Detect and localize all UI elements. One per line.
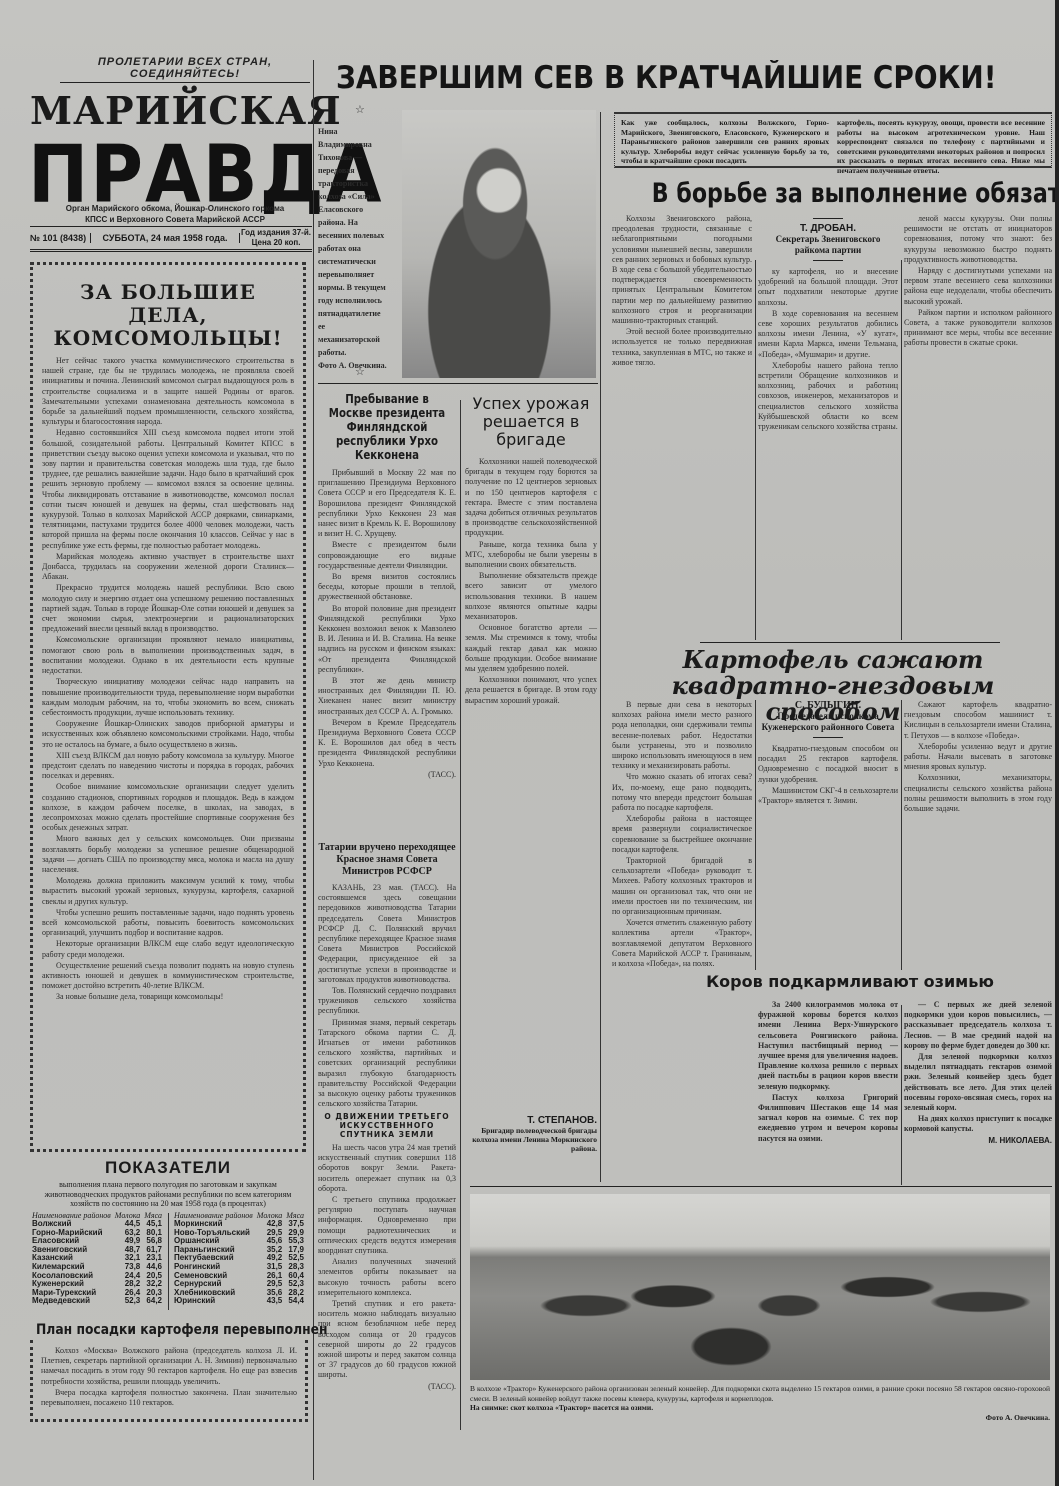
slogan: ПРОЛЕТАРИИ ВСЕХ СТРАН, СОЕДИНЯЙТЕСЬ! — [60, 56, 310, 83]
issue-number: № 101 (8438) — [30, 233, 90, 243]
finland-paragraph: Во время визитов состоялись беседы, кото… — [318, 572, 456, 603]
harvest-article: Успех урожая решается в бригаде Колхозни… — [465, 395, 597, 707]
potato-paragraph: Что можно сказать об итогах сева? Их, по… — [612, 772, 752, 813]
potato-paragraph: Хочется отметить слаженную работу коллек… — [612, 918, 752, 969]
plan-headline: План посадки картофеля перевыполнен — [36, 1322, 274, 1338]
portrait-photo — [402, 110, 596, 378]
finland-paragraph: Прибывший в Москву 22 мая по приглашению… — [318, 468, 456, 539]
obligations-col3: леной массы кукурузы. Они полны решимост… — [904, 214, 1052, 350]
harvest-paragraph: Основное богатство артели — земля. Мы ст… — [465, 623, 597, 674]
milk-percent: 52,3 — [113, 1297, 142, 1306]
issue-date: СУББОТА, 24 мая 1958 года. — [90, 233, 240, 243]
komsomol-paragraph: Сооружение Йошкар-Олинских заводов прибо… — [42, 719, 294, 750]
sputnik-headline: О ДВИЖЕНИИ ТРЕТЬЕГО ИСКУССТВЕННОГО СПУТН… — [318, 1112, 456, 1139]
issue-info-bar: № 101 (8438) СУББОТА, 24 мая 1958 года. … — [30, 226, 312, 252]
cows-headline: Коров подкармливают озимью — [650, 972, 1050, 991]
obligations-paragraph: ку картофеля, но и внесение удобрений на… — [758, 267, 898, 308]
obligations-col2-body: ку картофеля, но и внесение удобрений на… — [758, 267, 898, 432]
komsomol-paragraph: Много важных дел у сельских комсомольцев… — [42, 834, 294, 875]
intro-box: Как уже сообщалось, колхозы Волжского, Г… — [614, 112, 1052, 168]
harvest-headline: Успех урожая решается в бригаде — [465, 395, 597, 449]
komsomol-paragraph: Недавно состоявшийся XIII съезд комсомол… — [42, 428, 294, 550]
obligations-col1: Колхозы Звениговского района, преодолева… — [612, 214, 752, 369]
obligations-paragraph: Наряду с достигнутыми успехами на первом… — [904, 266, 1052, 307]
komsomol-paragraph: Прекрасно трудится молодежь нашей респуб… — [42, 583, 294, 634]
plan-paragraph: Колхоз «Москва» Волжского района (предсе… — [41, 1346, 297, 1387]
cows-col1: За 2400 килограммов молока от фуражной к… — [758, 1000, 898, 1145]
komsomol-paragraph: Марийская молодежь активно участвует в с… — [42, 552, 294, 583]
newspaper-page: ПРОЛЕТАРИИ ВСЕХ СТРАН, СОЕДИНЯЙТЕСЬ! МАР… — [0, 0, 1059, 1486]
potato-col3-body: Сажают картофель квадратно-гнездовым спо… — [904, 700, 1052, 814]
finland-paragraph: Во второй половине дня президент Финлянд… — [318, 604, 456, 675]
cows-photo-credit: Фото А. Овечкина. — [470, 1413, 1050, 1423]
masthead-organ: Орган Марийского обкома, Йошкар-Олинског… — [55, 203, 295, 225]
komsomol-editorial: ЗА БОЛЬШИЕ ДЕЛА, КОМСОМОЛЬЦЫ! Нет сейчас… — [30, 262, 306, 1152]
tatarstan-paragraph: КАЗАНЬ, 23 мая. (ТАСС). На состоявшемся … — [318, 883, 456, 985]
komsomol-paragraph: Особое внимание комсомольские организаци… — [42, 782, 294, 833]
page-edge — [1055, 0, 1059, 1486]
potato-paragraph: В первые дни сева в некоторых колхозах р… — [612, 700, 752, 771]
meat-percent: 54,4 — [284, 1297, 306, 1306]
cows-paragraph: За 2400 килограммов молока от фуражной к… — [758, 1000, 898, 1092]
intro-right: картофель, посеять кукурузу, овощи, пров… — [837, 118, 1045, 162]
harvest-paragraph: Выполнение обязательств прежде всего зав… — [465, 571, 597, 622]
sputnik-source: (ТАСС). — [318, 1382, 456, 1392]
komsomol-paragraph: XIII съезд ВЛКСМ дал новую работу комсом… — [42, 751, 294, 782]
potato-paragraph: Тракторной бригадой в сельхозартели «Поб… — [612, 856, 752, 917]
potato-col3: Сажают картофель квадратно-гнездовым спо… — [904, 700, 1052, 815]
tatarstan-article: Татарии вручено переходящее Красное знам… — [318, 842, 456, 1110]
masthead-title-line1: МАРИЙСКАЯ — [30, 88, 310, 133]
potato-col1: В первые дни сева в некоторых колхозах р… — [612, 700, 752, 970]
tatarstan-headline: Татарии вручено переходящее Красное знам… — [318, 842, 456, 878]
harvest-author: Т. СТЕПАНОВ. — [465, 1115, 597, 1126]
table-row: Юринский43,554,4 — [172, 1297, 306, 1306]
potato-col2: С. БУЛЫГИН. Председатель исполкома Кужен… — [758, 700, 898, 807]
obligations-col1-body: Колхозы Звениговского района, преодолева… — [612, 214, 752, 368]
potato-col1-body: В первые дни сева в некоторых колхозах р… — [612, 700, 752, 969]
komsomol-paragraph: Нет сейчас такого участка коммунистическ… — [42, 356, 294, 427]
banner-headline: ЗАВЕРШИМ СЕВ В КРАТЧАЙШИЕ СРОКИ! — [336, 60, 984, 96]
sputnik-article: О ДВИЖЕНИИ ТРЕТЬЕГО ИСКУССТВЕННОГО СПУТН… — [318, 1112, 456, 1392]
indicators-title: ПОКАЗАТЕЛИ — [30, 1158, 306, 1178]
star-icon: ☆ — [355, 365, 365, 378]
cows-col2-body: — С первых же дней зеленой подкормки удо… — [904, 1000, 1052, 1135]
tatarstan-paragraph: Принимая знамя, первый секретарь Татарск… — [318, 1018, 456, 1110]
cows-photo-caption2: На снимке: скот колхоза «Трактор» пасетс… — [470, 1403, 1050, 1413]
sputnik-paragraph: С третьего спутника продолжает регулярно… — [318, 1195, 456, 1256]
harvest-body: Колхозники нашей полеводческой бригады в… — [465, 457, 597, 706]
cows-author: М. НИКОЛАЕВА. — [904, 1136, 1052, 1145]
tatarstan-body: КАЗАНЬ, 23 мая. (ТАСС). На состоявшемся … — [318, 883, 456, 1109]
star-icon: ☆ — [355, 103, 365, 116]
cows-paragraph: — С первых же дней зеленой подкормки удо… — [904, 1000, 1052, 1051]
komsomol-paragraph: Чтобы успешно решить поставленные задачи… — [42, 908, 294, 939]
potato-paragraph: Хлеборобы района в настоящее время разве… — [612, 814, 752, 855]
plan-headline-wrap: План посадки картофеля перевыполнен — [36, 1322, 306, 1338]
potato-paragraph: Квадратно-гнездовым способом он посадил … — [758, 744, 898, 785]
komsomol-paragraph: Творческую инициативу молодежи сейчас на… — [42, 677, 294, 718]
harvest-paragraph: Колхозники понимают, что успех дела реша… — [465, 675, 597, 706]
obligations-col2: Т. ДРОБАН. Секретарь Звениговского райко… — [758, 218, 898, 433]
portrait-caption: Нина Владимировна Тихонова — передовая т… — [318, 125, 388, 372]
obligations-col3-body: леной массы кукурузы. Они полны решимост… — [904, 214, 1052, 349]
finland-headline: Пребывание в Москве президента Финляндск… — [328, 392, 445, 462]
finland-paragraph: Вместе с президентом были сопровождающие… — [318, 540, 456, 571]
indicators-table-right: Наименование районовМолокаМясаМоркинский… — [172, 1212, 306, 1306]
finland-article: Пребывание в Москве президента Финляндск… — [318, 392, 456, 780]
potato-paragraph: Хлеборобы усиленно ведут и другие работы… — [904, 742, 1052, 773]
komsomol-paragraph: Некоторые организации ВЛКСМ еще слабо ве… — [42, 939, 294, 959]
potato-author: С. БУЛЫГИН. — [758, 700, 898, 711]
komsomol-paragraph: За новые большие дела, товарищи комсомол… — [42, 992, 294, 1002]
cows-paragraph: На днях колхоз приступит к посадке кормо… — [904, 1114, 1052, 1134]
plan-paragraph: Вчера посадка картофеля полностью законч… — [41, 1388, 297, 1408]
tatarstan-paragraph: Тов. Полянский сердечно поздравил тружен… — [318, 986, 456, 1017]
potato-paragraph: Колхозники, механизаторы, специалисты се… — [904, 773, 1052, 814]
komsomol-headline: ЗА БОЛЬШИЕ ДЕЛА, КОМСОМОЛЬЦЫ! — [42, 281, 294, 350]
issue-year: Год издания 37-й. — [241, 228, 311, 237]
indicators-subtitle: выполнения плана первого полугодия по за… — [30, 1180, 306, 1209]
harvest-paragraph: Раньше, когда техника была у МТС, хлебор… — [465, 540, 597, 571]
finland-body: Прибывший в Москву 22 мая по приглашению… — [318, 468, 456, 769]
cows-paragraph: Для зеленой подкормки колхоз выделил пят… — [904, 1052, 1052, 1113]
portrait-caption-text: Нина Владимировна Тихонова — передовая т… — [318, 127, 386, 357]
issue-price: Цена 20 коп. — [252, 238, 301, 247]
issue-year-price: Год издания 37-й. Цена 20 коп. — [240, 228, 312, 248]
district-name: Юринский — [172, 1297, 255, 1306]
komsomol-paragraph: Осуществление решений съезда позволит по… — [42, 961, 294, 992]
intro-left: Как уже сообщалось, колхозы Волжского, Г… — [621, 118, 829, 162]
sputnik-paragraph: Анализ полученных значений элементов орб… — [318, 1257, 456, 1298]
sputnik-paragraph: На шесть часов утра 24 мая третий искусс… — [318, 1143, 456, 1194]
indicators-table-left: Наименование районовМолокаМясаВолжский44… — [30, 1212, 164, 1306]
obligations-author-title: Секретарь Звениговского райкома партии — [758, 234, 898, 256]
komsomol-body: Нет сейчас такого участка коммунистическ… — [42, 356, 294, 1003]
cows-col2: — С первых же дней зеленой подкормки удо… — [904, 1000, 1052, 1145]
meat-percent: 64,2 — [142, 1297, 164, 1306]
harvest-author-title: Бригадир полеводческой бригады колхоза и… — [465, 1126, 597, 1153]
obligations-paragraph: Райком партии и исполком районного Совет… — [904, 308, 1052, 349]
potato-col2-body: Квадратно-гнездовым способом он посадил … — [758, 744, 898, 806]
obligations-paragraph: Этой весной более производительно исполь… — [612, 327, 752, 368]
district-name: Медведевский — [30, 1297, 113, 1306]
sputnik-body: На шесть часов утра 24 мая третий искусс… — [318, 1143, 456, 1381]
potato-paragraph: Машинистом СКГ-4 в сельхозартели «Тракто… — [758, 786, 898, 806]
cows-photo — [470, 1194, 1050, 1380]
komsomol-paragraph: Молодежь должна приложить максимум усили… — [42, 876, 294, 907]
finland-paragraph: Вечером в Кремле Председатель Президиума… — [318, 718, 456, 769]
komsomol-paragraph: Комсомольские организации проявляют нема… — [42, 635, 294, 676]
cows-photo-caption-text: В колхозе «Трактор» Куженерского района … — [470, 1384, 1050, 1403]
harvest-paragraph: Колхозники нашей полеводческой бригады в… — [465, 457, 597, 539]
obligations-paragraph: леной массы кукурузы. Они полны решимост… — [904, 214, 1052, 265]
obligations-paragraph: Колхозы Звениговского района, преодолева… — [612, 214, 752, 326]
potato-author-title: Председатель исполкома Куженерского райо… — [758, 711, 898, 733]
finland-source: (ТАСС). — [318, 770, 456, 780]
harvest-byline: Т. СТЕПАНОВ. Бригадир полеводческой бриг… — [465, 1115, 597, 1153]
potato-paragraph: Сажают картофель квадратно-гнездовым спо… — [904, 700, 1052, 741]
cows-col1-body: За 2400 килограммов молока от фуражной к… — [758, 1000, 898, 1144]
obligations-headline: В борьбе за выполнение обязательств — [652, 178, 1014, 209]
portrait-credit: Фото А. Овечкина. — [318, 361, 387, 370]
table-row: Медведевский52,364,2 — [30, 1297, 164, 1306]
cows-paragraph: Пастух колхоза Григорий Филиппович Шеста… — [758, 1093, 898, 1144]
milk-percent: 43,5 — [255, 1297, 284, 1306]
finland-paragraph: В этот же день министр иностранных дел Ф… — [318, 676, 456, 717]
plan-article: Колхоз «Москва» Волжского района (предсе… — [30, 1340, 308, 1422]
obligations-paragraph: В ходе соревнования на весеннем севе хор… — [758, 309, 898, 360]
plan-body: Колхоз «Москва» Волжского района (предсе… — [41, 1346, 297, 1408]
obligations-author: Т. ДРОБАН. — [758, 223, 898, 234]
cows-photo-caption: В колхозе «Трактор» Куженерского района … — [470, 1384, 1050, 1422]
sputnik-paragraph: Третий спутник и его ракета-носитель мож… — [318, 1299, 456, 1381]
obligations-paragraph: Хлеборобы нашего района тепло встретили … — [758, 361, 898, 432]
